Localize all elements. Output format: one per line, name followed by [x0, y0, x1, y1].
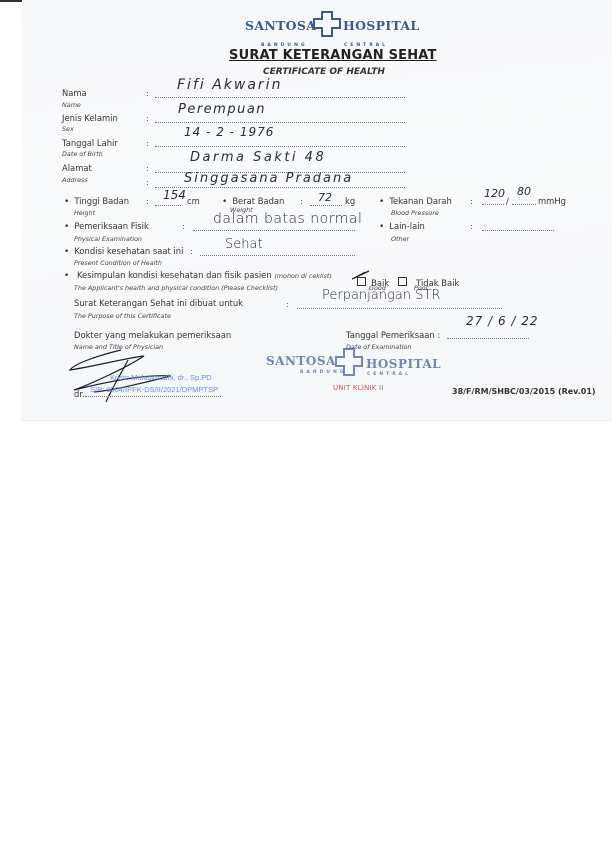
other-dotted-line: [482, 230, 554, 231]
diastolic-value[interactable]: 80: [517, 185, 531, 198]
document-subtitle: CERTIFICATE OF HEALTH: [263, 67, 385, 77]
check-mark-icon: [351, 269, 371, 281]
systolic-value[interactable]: 120: [484, 187, 505, 200]
present-condition-label-en: Present Condition of Health: [74, 259, 162, 267]
exam-date-label: Tanggal Pemeriksaan :: [346, 330, 440, 340]
stamp-sub-right: CENTRAL: [367, 372, 411, 377]
purpose-dotted-line: [297, 308, 502, 309]
weight-unit: kg: [345, 196, 355, 206]
systolic-dotted-line: [482, 204, 504, 205]
physician-sip-stamp: SIP: 0004/IPFK-DS/II/2021/DPMPTSP: [90, 385, 218, 394]
sex-label-en: Sex: [62, 125, 74, 133]
present-condition-value[interactable]: Sehat: [225, 237, 263, 252]
colon: :: [146, 114, 149, 123]
sex-dotted-line: [155, 122, 405, 123]
height-dotted-line: [155, 205, 181, 206]
scan-edge-mark: [0, 0, 22, 2]
colon: :: [182, 222, 185, 231]
colon: :: [146, 197, 149, 206]
weight-dotted-line: [310, 205, 342, 206]
address-value-line2[interactable]: Singgasana Pradana: [184, 171, 353, 186]
height-unit: cm: [187, 196, 200, 206]
colon: :: [300, 197, 303, 206]
colon: :: [146, 89, 149, 98]
weight-value[interactable]: 72: [318, 191, 332, 204]
blood-pressure-label: Tekanan Darah: [379, 196, 452, 207]
dob-label: Tanggal Lahir: [62, 138, 118, 148]
document-title: SURAT KETERANGAN SEHAT: [229, 48, 437, 63]
conclusion-label-text: Kesimpulan kondisi kesehatan dan fisik p…: [77, 270, 272, 280]
blood-pressure-label-en: Blood Pressure: [391, 209, 439, 217]
colon: :: [470, 197, 473, 206]
diastolic-dotted-line: [512, 204, 536, 205]
hospital-cross-icon: [312, 11, 342, 37]
sex-value[interactable]: Perempuan: [178, 102, 266, 117]
height-value[interactable]: 154: [163, 188, 186, 202]
present-condition-dotted-line: [200, 255, 355, 256]
address-dotted-line-2: [155, 187, 405, 188]
bp-separator: /: [506, 196, 509, 206]
address-label: Alamat: [62, 163, 92, 173]
colon: :: [146, 139, 149, 148]
height-label-en: Height: [74, 209, 95, 217]
purpose-label-en: The Purpose of this Certificate: [74, 312, 171, 320]
name-dotted-line: [155, 97, 405, 98]
exam-date-value[interactable]: 27 / 6 / 22: [466, 314, 539, 328]
exam-date-dotted-line: [447, 338, 529, 339]
physical-exam-label: Pemeriksaan Fisik: [64, 221, 149, 232]
colon: :: [286, 300, 289, 309]
physician-dotted-line: [85, 396, 221, 397]
stamp-text-left: SANTOSA: [266, 354, 336, 368]
physical-exam-value[interactable]: dalam batas normal: [213, 211, 362, 227]
dob-dotted-line: [155, 146, 405, 147]
colon: :: [470, 222, 473, 231]
name-value[interactable]: Fifi Akwarin: [177, 77, 282, 93]
form-code: 38/F/RM/SHBC/03/2015 (Rev.01): [452, 387, 596, 396]
stamp-text-right: HOSPITAL: [366, 357, 441, 371]
dob-label-en: Date of Birth: [62, 150, 103, 158]
sex-label: Jenis Kelamin: [62, 113, 118, 123]
colon: :: [146, 178, 149, 187]
conclusion-label-en: The Applicant's health and physical cond…: [74, 284, 278, 292]
other-label-en: Other: [391, 235, 409, 243]
physical-exam-dotted-line: [193, 230, 355, 231]
stamp-unit: UNIT KLINIK II: [333, 384, 384, 392]
physician-label: Dokter yang melakukan pemeriksaan: [74, 330, 231, 340]
bp-unit: mmHg: [538, 196, 566, 206]
physician-name-stamp: Kristo Mulasimadhi, dr., Sp.PD: [110, 373, 212, 382]
checkbox-poor[interactable]: [398, 277, 407, 286]
address-label-en: Address: [62, 176, 88, 184]
other-label: Lain-lain: [379, 221, 425, 232]
physician-prefix: dr.: [74, 389, 85, 399]
physical-exam-label-en: Physical Examination: [74, 235, 142, 243]
colon: :: [146, 164, 149, 173]
conclusion-label: Kesimpulan kondisi kesehatan dan fisik p…: [64, 270, 332, 281]
colon: :: [190, 247, 193, 256]
name-label: Nama: [62, 88, 87, 98]
conclusion-note: (mohon di ceklist): [274, 272, 332, 280]
present-condition-label: Kondisi kesehatan saat ini: [64, 246, 183, 257]
name-label-en: Name: [62, 101, 81, 109]
purpose-value[interactable]: Perpanjangan STR: [322, 288, 440, 303]
height-label: Tinggi Badan: [64, 196, 129, 207]
dob-value[interactable]: 14 - 2 - 1976: [184, 125, 274, 139]
purpose-label: Surat Keterangan Sehat ini dibuat untuk: [74, 298, 243, 308]
address-value-line1[interactable]: Darma Sakti 48: [190, 150, 326, 165]
stamp-sub-left: BANDUNG: [300, 370, 347, 375]
